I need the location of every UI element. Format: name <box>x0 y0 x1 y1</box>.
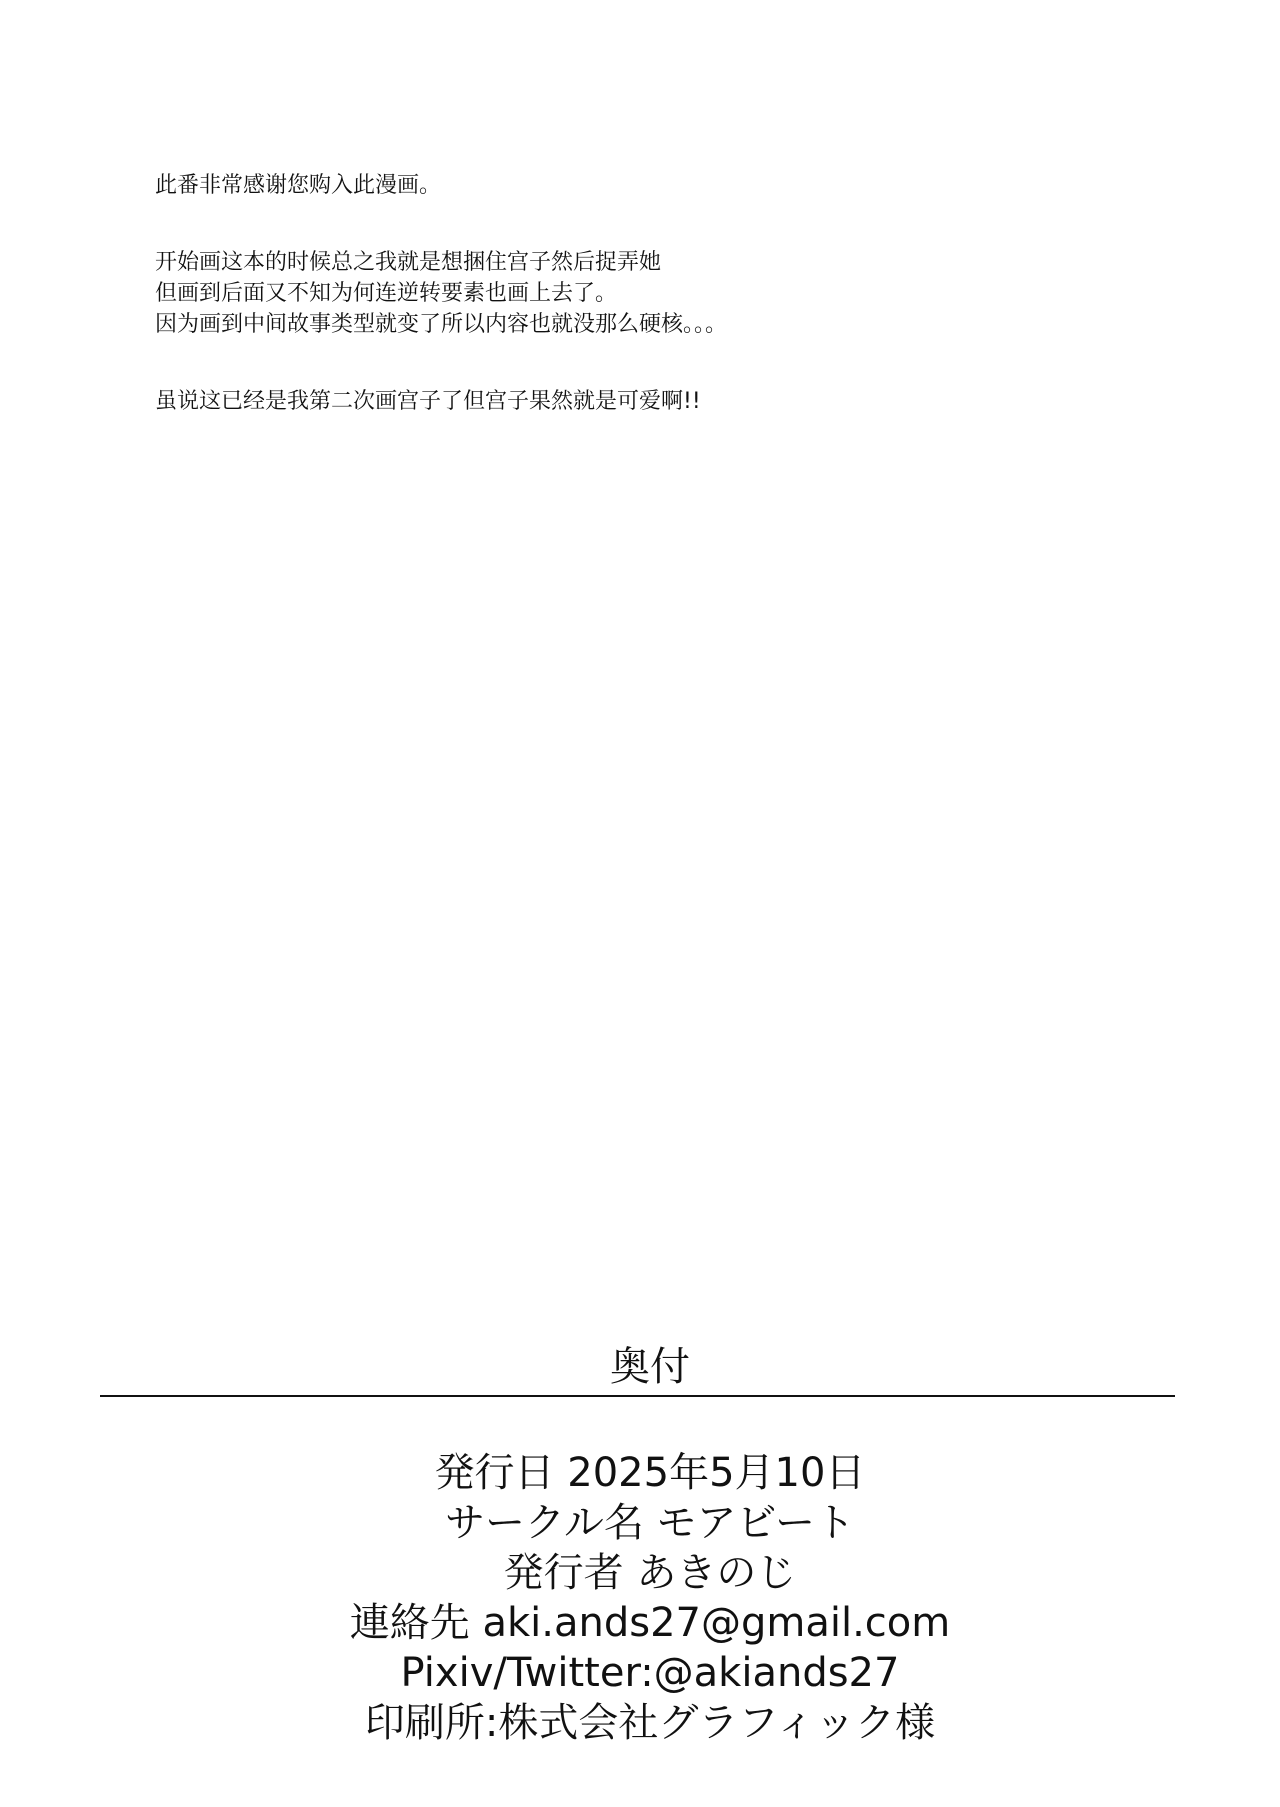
publish-date: 発行日 2025年5月10日 <box>0 1448 1280 1498</box>
colophon-divider <box>100 1395 1175 1397</box>
afterword-line: 开始画这本的时候总之我就是想捆住宫子然后捉弄她 <box>155 247 1155 278</box>
social-handles: Pixiv/Twitter:@akiands27 <box>0 1648 1280 1698</box>
colophon-title: 奥付 <box>0 1343 1280 1391</box>
afterword-text: 此番非常感谢您购入此漫画。 开始画这本的时候总之我就是想捆住宫子然后捉弄她 但画… <box>155 170 1155 417</box>
afterword-line: 虽说这已经是我第二次画宫子了但宫子果然就是可爱啊!! <box>155 386 1155 417</box>
printer: 印刷所:株式会社グラフィック様 <box>0 1698 1280 1748</box>
afterword-line: 此番非常感谢您购入此漫画。 <box>155 170 1155 201</box>
colophon-details: 発行日 2025年5月10日 サークル名 モアビート 発行者 あきのじ 連絡先 … <box>0 1448 1280 1748</box>
afterword-line: 但画到后面又不知为何连逆转要素也画上去了。 <box>155 278 1155 309</box>
contact-email: 連絡先 aki.ands27@gmail.com <box>0 1598 1280 1648</box>
publisher: 発行者 あきのじ <box>0 1548 1280 1598</box>
circle-name: サークル名 モアビート <box>0 1498 1280 1548</box>
afterword-line: 因为画到中间故事类型就变了所以内容也就没那么硬核。。。 <box>155 309 1155 340</box>
paragraph-spacer <box>155 340 1155 386</box>
paragraph-spacer <box>155 201 1155 247</box>
